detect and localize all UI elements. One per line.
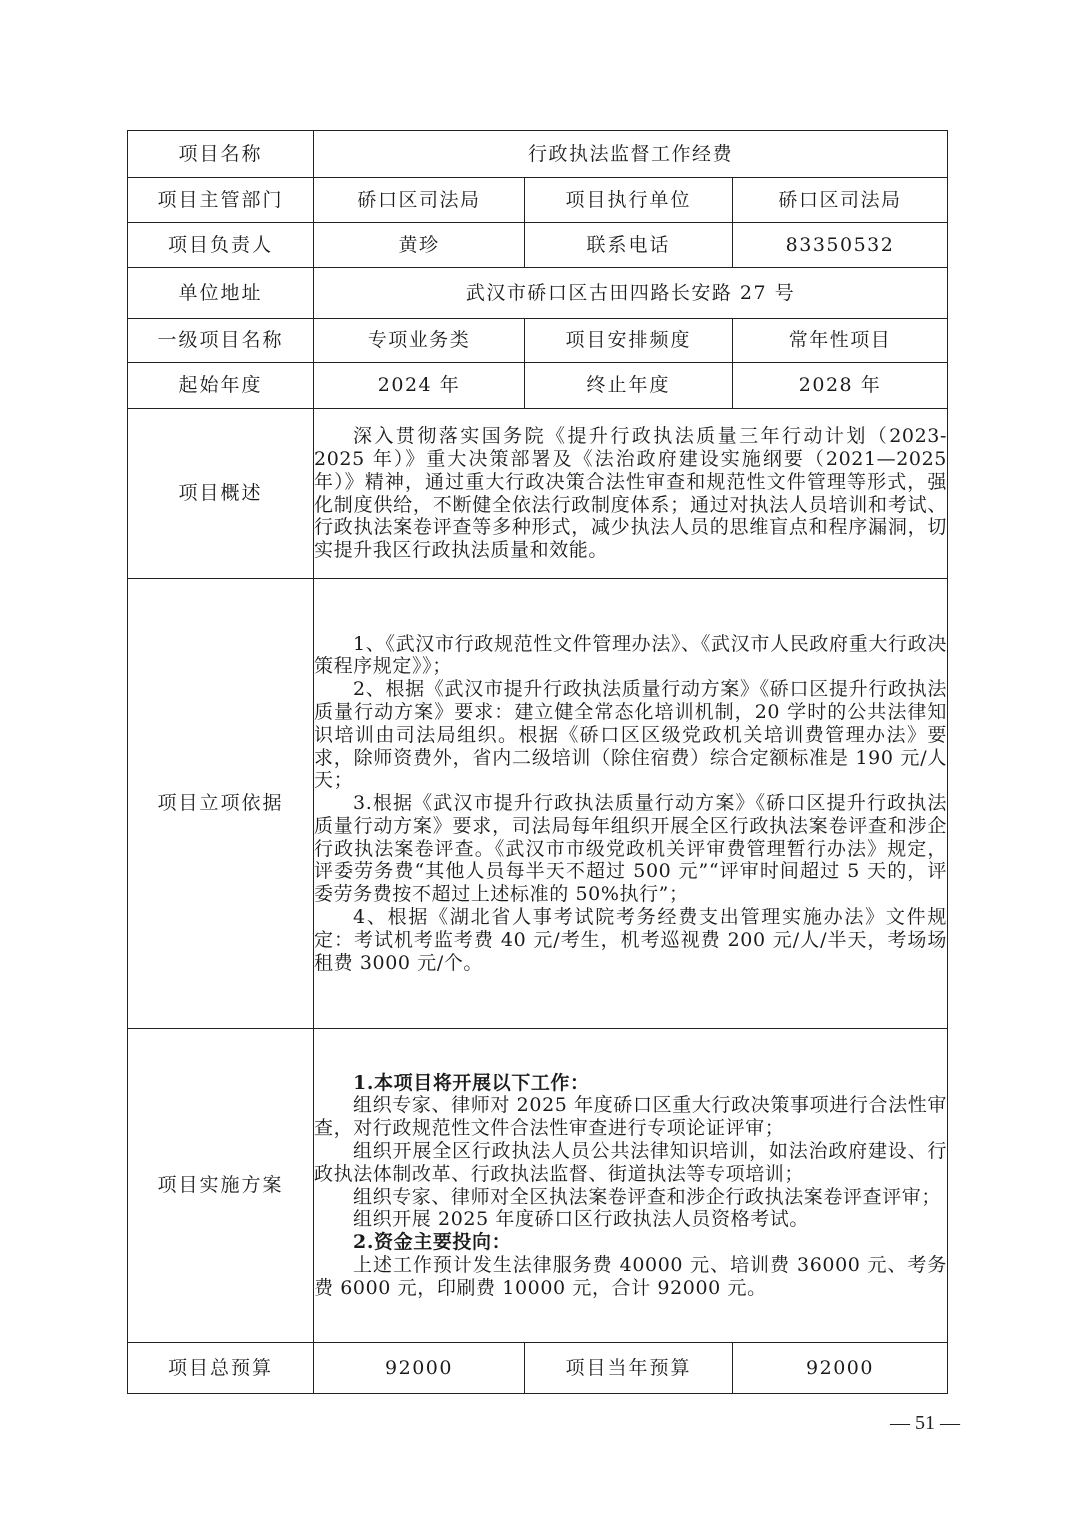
project-info-table: 项目名称 行政执法监督工作经费 项目主管部门 硚口区司法局 项目执行单位 硚口区… xyxy=(127,130,948,1394)
value-address: 武汉市硚口区古田四路长安路 27 号 xyxy=(314,268,948,319)
label-address: 单位地址 xyxy=(128,268,314,319)
page-number: — 51 — xyxy=(890,1412,960,1435)
plan-item-2: 组织开展全区行政执法人员公共法律知识培训，如法治政府建设、行政执法体制改革、行政… xyxy=(314,1140,947,1186)
plan-text: 1.本项目将开展以下工作： 组织专家、律师对 2025 年度硚口区重大行政决策事… xyxy=(314,1029,948,1343)
label-level1-name: 一级项目名称 xyxy=(128,319,314,363)
value-end-year: 2028 年 xyxy=(733,363,948,409)
label-project-name: 项目名称 xyxy=(128,131,314,178)
value-project-name: 行政执法监督工作经费 xyxy=(314,131,948,178)
label-basis: 项目立项依据 xyxy=(128,579,314,1029)
value-frequency: 常年性项目 xyxy=(733,319,948,363)
plan-item-4: 组织开展 2025 年度硚口区行政执法人员资格考试。 xyxy=(314,1208,947,1231)
plan-heading-funding: 2.资金主要投向： xyxy=(314,1231,947,1254)
row-department: 项目主管部门 硚口区司法局 项目执行单位 硚口区司法局 xyxy=(128,178,948,223)
basis-item-4: 4、根据《湖北省人事考试院考务经费支出管理实施办法》文件规定：考试机考监考费 4… xyxy=(314,906,947,974)
value-project-owner: 黄珍 xyxy=(314,223,525,268)
row-category: 一级项目名称 专项业务类 项目安排频度 常年性项目 xyxy=(128,319,948,363)
basis-item-3: 3.根据《武汉市提升行政执法质量行动方案》《硚口区提升行政执法质量行动方案》要求… xyxy=(314,792,947,906)
row-project-name: 项目名称 行政执法监督工作经费 xyxy=(128,131,948,178)
label-end-year: 终止年度 xyxy=(525,363,733,409)
row-years: 起始年度 2024 年 终止年度 2028 年 xyxy=(128,363,948,409)
label-executing-unit: 项目执行单位 xyxy=(525,178,733,223)
basis-item-1: 1、《武汉市行政规范性文件管理办法》、《武汉市人民政府重大行政决策程序规定》》； xyxy=(314,633,947,679)
row-address: 单位地址 武汉市硚口区古田四路长安路 27 号 xyxy=(128,268,948,319)
plan-heading-work: 1.本项目将开展以下工作： xyxy=(314,1072,947,1095)
document-page: 项目名称 行政执法监督工作经费 项目主管部门 硚口区司法局 项目执行单位 硚口区… xyxy=(0,0,1074,1520)
overview-text: 深入贯彻落实国务院《提升行政执法质量三年行动计划（2023-2025 年）》重大… xyxy=(314,409,948,579)
basis-item-2: 2、根据《武汉市提升行政执法质量行动方案》《硚口区提升行政执法质量行动方案》要求… xyxy=(314,678,947,792)
value-supervising-dept: 硚口区司法局 xyxy=(314,178,525,223)
label-frequency: 项目安排频度 xyxy=(525,319,733,363)
label-supervising-dept: 项目主管部门 xyxy=(128,178,314,223)
row-budget: 项目总预算 92000 项目当年预算 92000 xyxy=(128,1343,948,1394)
value-annual-budget: 92000 xyxy=(733,1343,948,1394)
value-level1-name: 专项业务类 xyxy=(314,319,525,363)
row-owner: 项目负责人 黄珍 联系电话 83350532 xyxy=(128,223,948,268)
label-project-owner: 项目负责人 xyxy=(128,223,314,268)
row-basis: 项目立项依据 1、《武汉市行政规范性文件管理办法》、《武汉市人民政府重大行政决策… xyxy=(128,579,948,1029)
label-plan: 项目实施方案 xyxy=(128,1029,314,1343)
label-start-year: 起始年度 xyxy=(128,363,314,409)
label-phone: 联系电话 xyxy=(525,223,733,268)
value-executing-unit: 硚口区司法局 xyxy=(733,178,948,223)
value-total-budget: 92000 xyxy=(314,1343,525,1394)
plan-item-3: 组织专家、律师对全区执法案卷评查和涉企行政执法案卷评查评审； xyxy=(314,1186,947,1209)
row-overview: 项目概述 深入贯彻落实国务院《提升行政执法质量三年行动计划（2023-2025 … xyxy=(128,409,948,579)
row-plan: 项目实施方案 1.本项目将开展以下工作： 组织专家、律师对 2025 年度硚口区… xyxy=(128,1029,948,1343)
label-overview: 项目概述 xyxy=(128,409,314,579)
basis-text: 1、《武汉市行政规范性文件管理办法》、《武汉市人民政府重大行政决策程序规定》》；… xyxy=(314,579,948,1029)
value-start-year: 2024 年 xyxy=(314,363,525,409)
label-annual-budget: 项目当年预算 xyxy=(525,1343,733,1394)
label-total-budget: 项目总预算 xyxy=(128,1343,314,1394)
value-phone: 83350532 xyxy=(733,223,948,268)
overview-paragraph: 深入贯彻落实国务院《提升行政执法质量三年行动计划（2023-2025 年）》重大… xyxy=(314,425,947,562)
plan-item-1: 组织专家、律师对 2025 年度硚口区重大行政决策事项进行合法性审查，对行政规范… xyxy=(314,1094,947,1140)
plan-funding: 上述工作预计发生法律服务费 40000 元、培训费 36000 元、考务费 60… xyxy=(314,1254,947,1300)
